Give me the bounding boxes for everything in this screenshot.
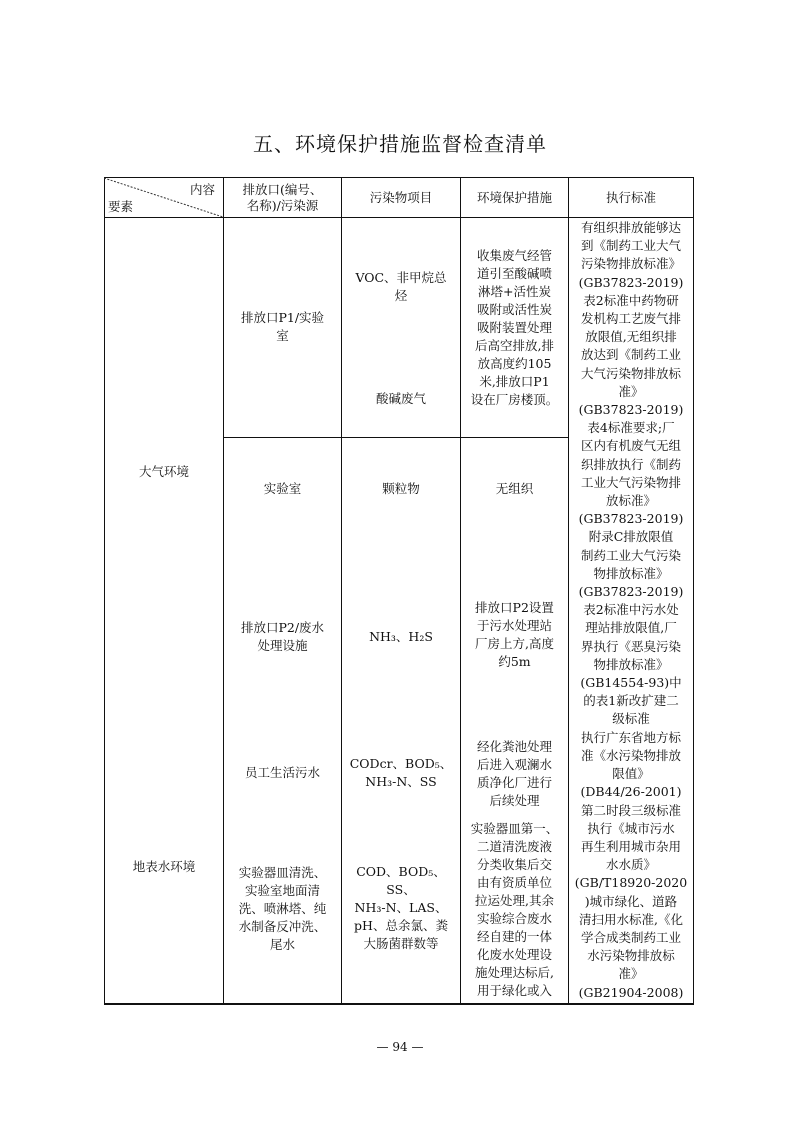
source-p1: 排放口P1/实验 室	[224, 297, 341, 357]
table-border-left	[104, 177, 105, 1005]
table-border-bottom	[104, 1003, 694, 1005]
measure-lab-wastewater: 实验器皿第一、 二道清洗废液 分类收集后交 由有资质单位 拉运处理,其余 实验综…	[461, 819, 568, 1001]
header-measure: 环境保护措施	[461, 178, 568, 217]
header-standard: 执行标准	[569, 178, 693, 217]
header-content-label: 内容	[190, 180, 215, 198]
element-surface-water: 地表水环境	[105, 857, 223, 877]
element-air: 大气环境	[105, 462, 223, 482]
pollutant-nh3-h2s: NH₃、H₂S	[342, 627, 460, 647]
row-divider	[223, 437, 569, 438]
measure-domestic: 经化粪池处理 后进入观澜水 质净化厂进行 后续处理	[461, 737, 568, 811]
page-title: 五、环境保护措施监督检查清单	[0, 128, 800, 157]
page-number: — 94 —	[0, 1040, 800, 1054]
measure-lab: 无组织	[461, 479, 568, 499]
pollutant-domestic: CODcr、BOD₅、 NH₃-N、SS	[342, 753, 460, 793]
pollutant-voc: VOC、非甲烷总 烃	[342, 267, 460, 307]
pollutant-particulate: 颗粒物	[342, 479, 460, 499]
source-lab: 实验室	[224, 479, 341, 499]
source-p2: 排放口P2/废水 处理设施	[224, 617, 341, 657]
source-domestic: 员工生活污水	[224, 763, 341, 783]
source-lab-wastewater: 实验器皿清洗、 实验室地面清 洗、喷淋塔、纯 水制备反冲洗、 尾水	[224, 862, 341, 956]
inspection-table: 内容 要素 排放口(编号、 名称)/污染源 污染物项目 环境保护措施 执行标准 …	[104, 177, 694, 1005]
header-element-label: 要素	[108, 197, 133, 215]
pollutant-lab-wastewater: COD、BOD₅、SS、 NH₃-N、LAS、 pH、总余氯、粪 大肠菌群数等	[342, 870, 460, 946]
measure-p1: 收集废气经管 道引至酸碱喷 淋塔+活性炭 吸附或活性炭 吸附装置处理 后高空排放…	[461, 238, 568, 418]
measure-p2: 排放口P2设置 于污水处理站 厂房上方,高度 约5m	[461, 597, 568, 673]
diagonal-header-cell: 内容 要素	[104, 177, 223, 217]
pollutant-acid: 酸碱废气	[342, 389, 460, 409]
table-border-right	[693, 177, 694, 1005]
header-pollutant: 污染物项目	[342, 178, 460, 217]
standard-text: 有组织排放能够达 到《制药工业大气 污染物排放标准》 (GB37823-2019…	[569, 218, 693, 1003]
header-source: 排放口(编号、 名称)/污染源	[224, 178, 341, 217]
